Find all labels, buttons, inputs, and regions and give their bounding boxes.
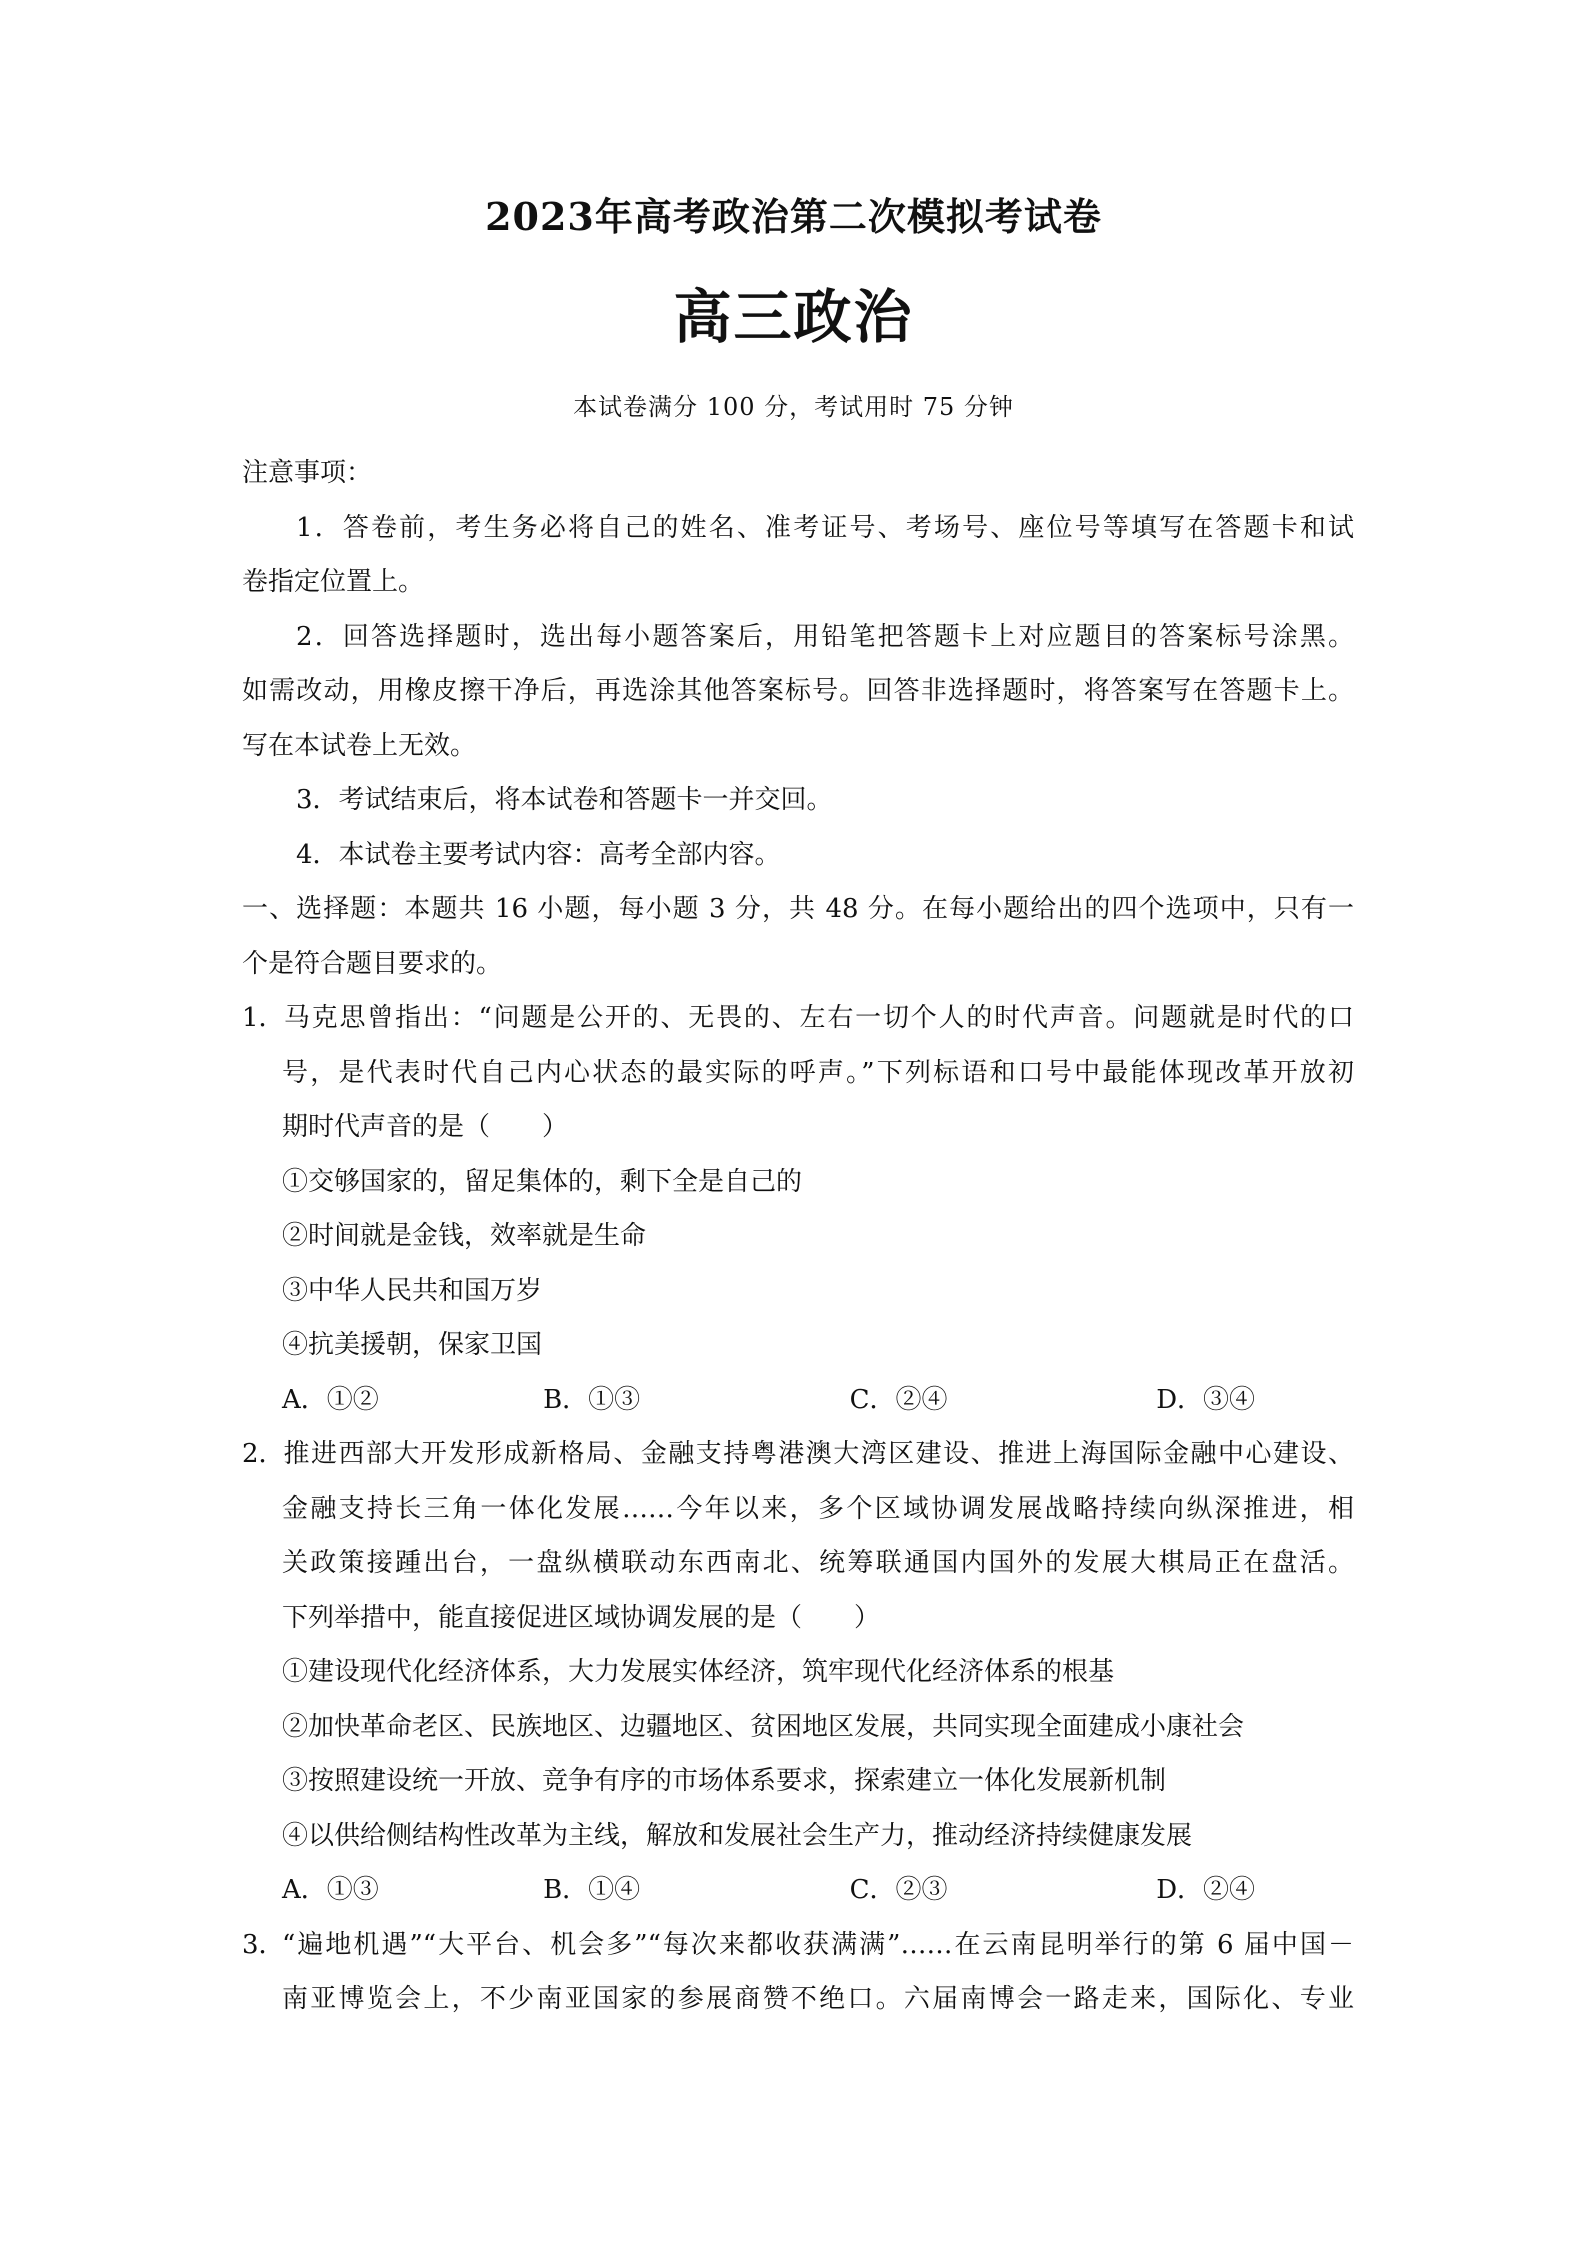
option-d[interactable]: D．②④ [1156,1863,1354,1918]
statement: ②时间就是金钱，效率就是生命 [282,1209,1354,1264]
question-number: 2． [242,1427,282,1482]
notice-line: 1．答卷前，考生务必将自己的姓名、准考证号、考场号、座位号等填写在答题卡和试 [242,501,1354,556]
option-b[interactable]: B．①④ [543,1863,850,1918]
statement: ④以供给侧结构性改革为主线，解放和发展社会生产力，推动经济持续健康发展 [282,1809,1354,1864]
section-heading: 一、选择题：本题共 16 小题，每小题 3 分，共 48 分。在每小题给出的四个… [242,882,1354,991]
question-stem-line: 关政策接踵出台，一盘纵横联动东西南北、统筹联通国内国外的发展大棋局正在盘活。 [282,1536,1354,1591]
notice-line: 如需改动，用橡皮擦干净后，再选涂其他答案标号。回答非选择题时，将答案写在答题卡上… [242,664,1354,719]
statement: ①建设现代化经济体系，大力发展实体经济，筑牢现代化经济体系的根基 [282,1645,1354,1700]
question-number: 3． [242,1918,282,1973]
question-stem-line: 期时代声音的是（ ） [282,1100,1354,1155]
notice-item-3: 3．考试结束后，将本试卷和答题卡一并交回。 [242,773,1354,828]
option-c[interactable]: C．②④ [850,1373,1157,1428]
option-a[interactable]: A．①② [282,1373,543,1428]
option-b[interactable]: B．①③ [543,1373,850,1428]
question-1: 1．马克思曾指出：“问题是公开的、无畏的、左右一切个人的时代声音。问题就是时代的… [242,991,1354,1427]
question-2: 2．推进西部大开发形成新格局、金融支持粤港澳大湾区建设、推进上海国际金融中心建设… [242,1427,1354,1918]
notice-line: 3．考试结束后，将本试卷和答题卡一并交回。 [242,773,1354,828]
question-stem-line: 2．推进西部大开发形成新格局、金融支持粤港澳大湾区建设、推进上海国际金融中心建设… [282,1427,1354,1482]
question-stem-line: 3．“遍地机遇”“大平台、机会多”“每次来都收获满满”……在云南昆明举行的第 6… [282,1918,1354,1973]
notice-line: 卷指定位置上。 [242,555,1354,610]
notice-heading: 注意事项： [242,446,1354,501]
exam-page: 2023年高考政治第二次模拟考试卷 高三政治 本试卷满分 100 分，考试用时 … [0,0,1587,2245]
question-stem-line: 下列举措中，能直接促进区域协调发展的是（ ） [282,1591,1354,1646]
question-stem-line: 金融支持长三角一体化发展……今年以来，多个区域协调发展战略持续向纵深推进，相 [282,1482,1354,1537]
statement: ①交够国家的，留足集体的，剩下全是自己的 [282,1155,1354,1210]
option-d[interactable]: D．③④ [1156,1373,1354,1428]
answer-options: A．①③ B．①④ C．②③ D．②④ [282,1863,1354,1918]
question-stem-line: 1．马克思曾指出：“问题是公开的、无畏的、左右一切个人的时代声音。问题就是时代的… [282,991,1354,1046]
notice-item-2: 2．回答选择题时，选出每小题答案后，用铅笔把答题卡上对应题目的答案标号涂黑。 如… [242,610,1354,774]
option-a[interactable]: A．①③ [282,1863,543,1918]
subject-title: 高三政治 [0,282,1587,352]
stem-text: 推进西部大开发形成新格局、金融支持粤港澳大湾区建设、推进上海国际金融中心建设、 [282,1439,1354,1469]
notice-line: 4．本试卷主要考试内容：高考全部内容。 [242,828,1354,883]
statement: ④抗美援朝，保家卫国 [282,1318,1354,1373]
notice-item-1: 1．答卷前，考生务必将自己的姓名、准考证号、考场号、座位号等填写在答题卡和试 卷… [242,501,1354,610]
question-stem-line: 号，是代表时代自己内心状态的最实际的呼声。”下列标语和口号中最能体现改革开放初 [282,1046,1354,1101]
question-number: 1． [242,991,282,1046]
notice-line: 2．回答选择题时，选出每小题答案后，用铅笔把答题卡上对应题目的答案标号涂黑。 [242,610,1354,665]
statement: ③中华人民共和国万岁 [282,1264,1354,1319]
notice-item-4: 4．本试卷主要考试内容：高考全部内容。 [242,828,1354,883]
statement: ③按照建设统一开放、竞争有序的市场体系要求，探索建立一体化发展新机制 [282,1754,1354,1809]
section-line: 一、选择题：本题共 16 小题，每小题 3 分，共 48 分。在每小题给出的四个… [242,882,1354,937]
question-stem-line: 南亚博览会上，不少南亚国家的参展商赞不绝口。六届南博会一路走来，国际化、专业 [282,1972,1354,2027]
question-3: 3．“遍地机遇”“大平台、机会多”“每次来都收获满满”……在云南昆明举行的第 6… [242,1918,1354,2027]
option-c[interactable]: C．②③ [850,1863,1157,1918]
stem-text: “遍地机遇”“大平台、机会多”“每次来都收获满满”……在云南昆明举行的第 6 届… [282,1930,1354,1960]
notice-line: 写在本试卷上无效。 [242,719,1354,774]
stem-text: 马克思曾指出：“问题是公开的、无畏的、左右一切个人的时代声音。问题就是时代的口 [282,1003,1354,1033]
exam-body: 注意事项： 1．答卷前，考生务必将自己的姓名、准考证号、考场号、座位号等填写在答… [242,446,1354,2027]
exam-title: 2023年高考政治第二次模拟考试卷 [0,192,1587,242]
exam-meta: 本试卷满分 100 分，考试用时 75 分钟 [0,390,1587,424]
answer-options: A．①② B．①③ C．②④ D．③④ [282,1373,1354,1428]
section-line: 个是符合题目要求的。 [242,937,1354,992]
statement: ②加快革命老区、民族地区、边疆地区、贫困地区发展，共同实现全面建成小康社会 [282,1700,1354,1755]
